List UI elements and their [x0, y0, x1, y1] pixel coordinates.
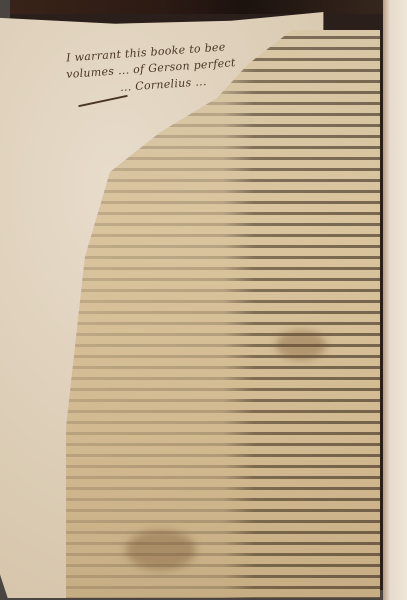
book-page-edge: [383, 0, 407, 600]
stain: [126, 530, 196, 570]
stain: [276, 330, 326, 360]
background-top: [0, 0, 407, 14]
